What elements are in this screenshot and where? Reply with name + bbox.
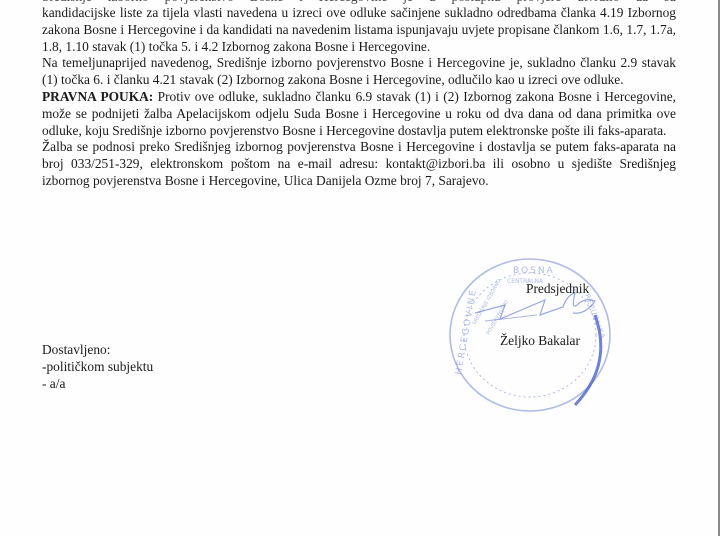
paragraph-basis: Na temeljunaprijed navedenog, Središnje … (42, 55, 676, 89)
page-edge (718, 0, 720, 536)
legal-notice: PRAVNA POUKA: Protiv ove odluke, sukladn… (42, 89, 676, 139)
legal-notice-label: PRAVNA POUKA: (42, 89, 153, 104)
document-page: Središnje izborno povjerenstvo Bosne i H… (0, 0, 719, 536)
body-text: kandidacijske liste za tijela vlasti nav… (42, 5, 676, 190)
delivery-heading: Dostavljeno: (42, 342, 153, 359)
delivery-item: -političkom subjektu (42, 359, 153, 376)
svg-text:POVJERENSTVO: POVJERENSTVO (486, 299, 511, 336)
svg-text:BOSNA: BOSNA (513, 266, 555, 276)
delivery-list: Dostavljeno: -političkom subjektu - a/a (42, 342, 153, 392)
paragraph-verification: kandidacijske liste za tijela vlasti nav… (42, 5, 676, 55)
appeal-paragraph: Žalba se podnosi preko Središnjeg izborn… (42, 139, 676, 189)
signature-title: Predsjednik (526, 281, 589, 297)
signature-name: Željko Bakalar (500, 333, 580, 349)
delivery-item: - a/a (42, 376, 153, 393)
